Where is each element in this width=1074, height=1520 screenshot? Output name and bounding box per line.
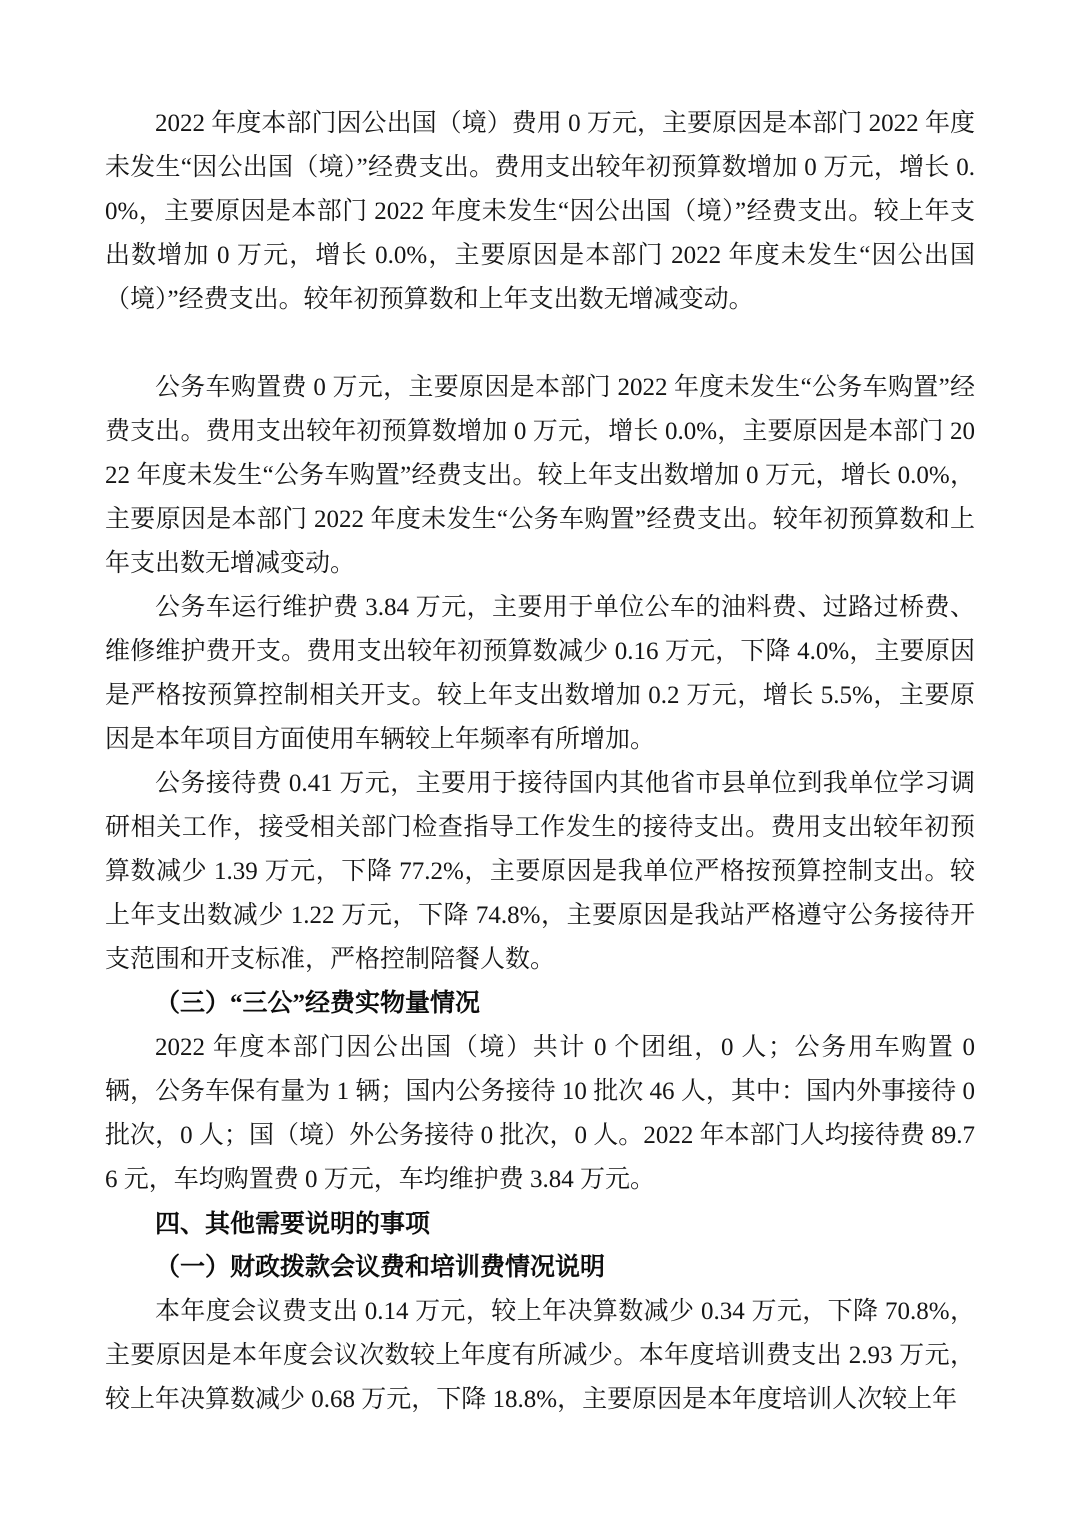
paragraph-official-reception-expense: 公务接待费 0.41 万元，主要用于接待国内其他省市县单位到我单位学习调研相关工… [105, 762, 975, 982]
paragraph-meeting-training-expense: 本年度会议费支出 0.14 万元，较上年决算数减少 0.34 万元，下降 70.… [105, 1290, 975, 1422]
paragraph-vehicle-purchase-expense: 公务车购置费 0 万元，主要原因是本部门 2022 年度未发生“公务车购置”经费… [105, 366, 975, 586]
paragraph-physical-quantity-detail: 2022 年度本部门因公出国（境）共计 0 个团组，0 人；公务用车购置 0 辆… [105, 1026, 975, 1202]
paragraph-vehicle-maintenance-expense: 公务车运行维护费 3.84 万元，主要用于单位公车的油料费、过路过桥费、维修维护… [105, 586, 975, 762]
heading-meeting-training-note: （一）财政拨款会议费和培训费情况说明 [105, 1246, 975, 1290]
document-page: 2022 年度本部门因公出国（境）费用 0 万元，主要原因是本部门 2022 年… [0, 0, 1074, 1520]
paragraph-travel-abroad-expense: 2022 年度本部门因公出国（境）费用 0 万元，主要原因是本部门 2022 年… [105, 102, 975, 322]
heading-other-matters: 四、其他需要说明的事项 [105, 1202, 975, 1246]
heading-three-public-physical-quantity: （三）“三公”经费实物量情况 [105, 982, 975, 1026]
blank-line [105, 322, 975, 366]
